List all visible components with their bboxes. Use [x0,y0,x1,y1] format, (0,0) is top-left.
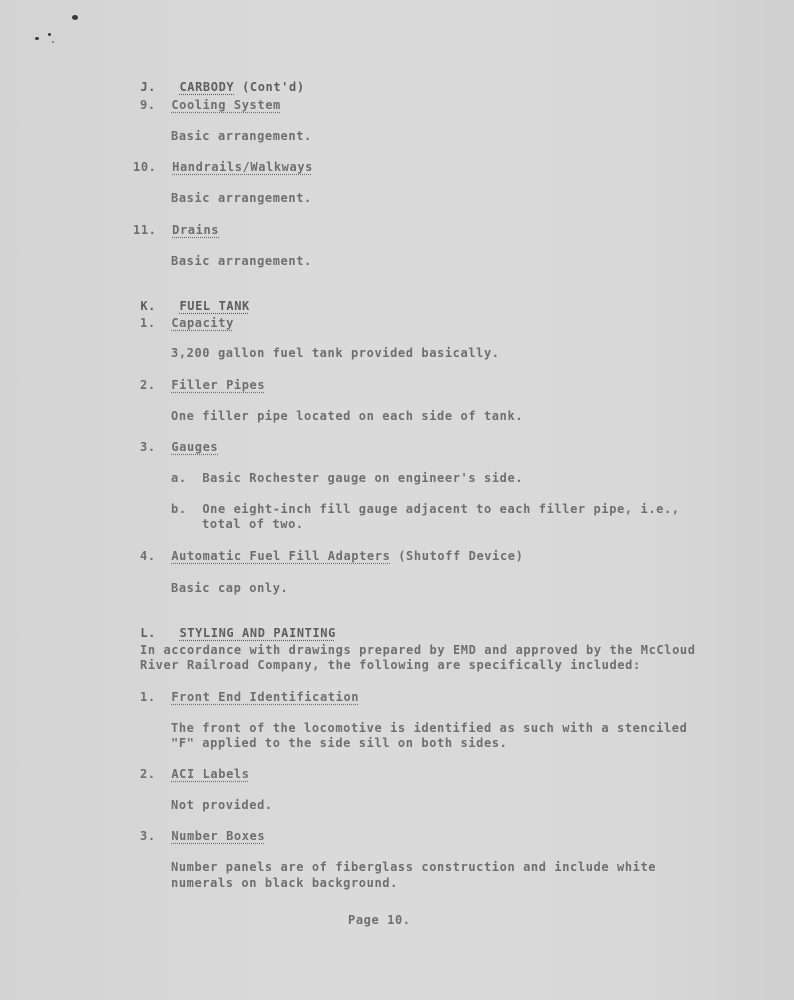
item-body: Not provided. [171,798,273,812]
text-fragment: Capacity [171,316,234,330]
text-fragment: Gauges [171,440,218,454]
section-title: CARBODY [179,80,234,94]
item-heading: 4. Automatic Fuel Fill Adapters (Shutoff… [140,549,523,563]
paper-speck [52,41,54,43]
paper-speck [72,15,78,20]
item-heading: 2. ACI Labels [140,767,250,781]
text-fragment: 2. [140,767,156,781]
text-fragment: Basic Rochester gauge on engineer's side… [202,471,523,485]
item-heading: 1. Front End Identification [140,690,359,704]
item-heading: 3. Gauges [140,440,218,454]
item-heading: 9. Cooling System [140,98,281,112]
item-body: "F" applied to the side sill on both sid… [171,736,507,750]
text-fragment: a. [171,471,187,485]
text-fragment: 4. [140,549,156,563]
text-fragment: STYLING AND PAINTING [179,626,336,640]
text-fragment: Handrails/Walkways [172,160,313,174]
item-body: One filler pipe located on each side of … [171,409,523,423]
item-body: Basic cap only. [171,581,288,595]
section-intro: River Railroad Company, the following ar… [140,658,641,672]
item-heading: 2. Filler Pipes [140,378,265,392]
text-fragment: 11. [133,223,156,237]
item-heading: 11. Drains [133,223,219,237]
section-intro: In accordance with drawings prepared by … [140,643,696,657]
section-letter: J. [140,80,156,94]
paper-speck [48,33,51,36]
sub-item-continuation: total of two. [202,517,304,531]
text-fragment: One eight-inch fill gauge adjacent to ea… [202,502,679,516]
item-body: Basic arrangement. [171,254,312,268]
page-number: Page 10. [348,913,411,927]
text-fragment: Number Boxes [171,829,265,843]
sub-item: a. Basic Rochester gauge on engineer's s… [171,471,523,485]
text-fragment: Front End Identification [171,690,359,704]
text-fragment: 1. [140,316,156,330]
text-fragment: K. [140,299,156,313]
item-heading: 1. Capacity [140,316,234,330]
text-fragment: 3. [140,440,156,454]
text-fragment: 10. [133,160,156,174]
text-fragment: 1. [140,690,156,704]
item-body: Basic arrangement. [171,191,312,205]
text-fragment: (Shutoff Device) [398,549,523,563]
section-suffix: (Cont'd) [242,80,305,94]
text-fragment: FUEL TANK [179,299,249,313]
text-fragment: Automatic Fuel Fill Adapters [171,549,390,563]
text-fragment: Drains [172,223,219,237]
text-fragment: ACI Labels [171,767,249,781]
text-fragment: b. [171,502,187,516]
text-fragment: Filler Pipes [171,378,265,392]
item-body: numerals on black background. [171,876,398,890]
item-heading: 10. Handrails/Walkways [133,160,313,174]
item-body: Basic arrangement. [171,129,312,143]
text-fragment: Cooling System [171,98,281,112]
paper-speck [35,37,39,40]
text-fragment: 2. [140,378,156,392]
text-fragment: 3. [140,829,156,843]
document-page: J. CARBODY (Cont'd) 9. Cooling System Ba… [0,0,794,1000]
text-fragment: L. [140,626,156,640]
item-body: 3,200 gallon fuel tank provided basicall… [171,346,500,360]
item-body: The front of the locomotive is identifie… [171,721,687,735]
item-heading: 3. Number Boxes [140,829,265,843]
sub-item: b. One eight-inch fill gauge adjacent to… [171,502,680,516]
item-body: Number panels are of fiberglass construc… [171,860,656,874]
text-fragment: 9. [140,98,156,112]
